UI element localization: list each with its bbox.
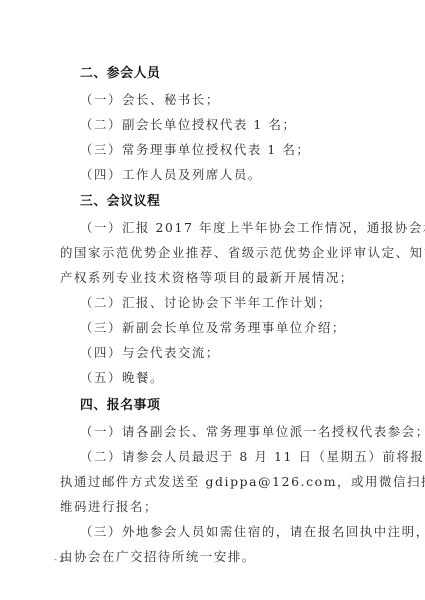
page-number: - 2 - [54,555,70,564]
paragraph: （二）副会长单位授权代表 1 名； [80,117,296,133]
paragraph: 由协会在广交招待所统一安排。 [60,549,256,565]
paragraph: （二）请参会人员最迟于 8 月 11 日（星期五）前将报名回 [80,449,425,465]
paragraph: （五）晚餐。 [80,370,164,386]
paragraph: 产权系列专业技术资格等项目的最新开展情况； [60,270,354,286]
paragraph: （一）汇报 2017 年度上半年协会工作情况，通报协会承接 [80,220,425,236]
paragraph: （三）新副会长单位及常务理事单位介绍； [80,320,346,336]
paragraph: （三）外地参会人员如需住宿的，请在报名回执中注明， [80,524,425,540]
paragraph: （二）汇报、讨论协会下半年工作计划； [80,295,332,311]
section-heading-registration: 四、报名事项 [80,398,160,414]
paragraph: （四）与会代表交流； [80,345,220,361]
paragraph: （一）会长、秘书长； [80,92,220,108]
paragraph: （一）请各副会长、常务理事单位派一名授权代表参会； [80,424,425,440]
section-heading-agenda: 三、会议议程 [80,194,160,210]
paragraph: （三）常务理事单位授权代表 1 名； [80,142,310,158]
paragraph: （四）工作人员及列席人员。 [80,167,262,183]
paragraph: 维码进行报名； [60,499,158,515]
paragraph: 执通过邮件方式发送至 gdippa@126.com，或用微信扫描以下二 [60,474,425,490]
section-heading-attendees: 二、参会人员 [80,66,160,82]
paragraph: 的国家示范优势企业推荐、省级示范优势企业评审认定、知识 [60,245,425,261]
